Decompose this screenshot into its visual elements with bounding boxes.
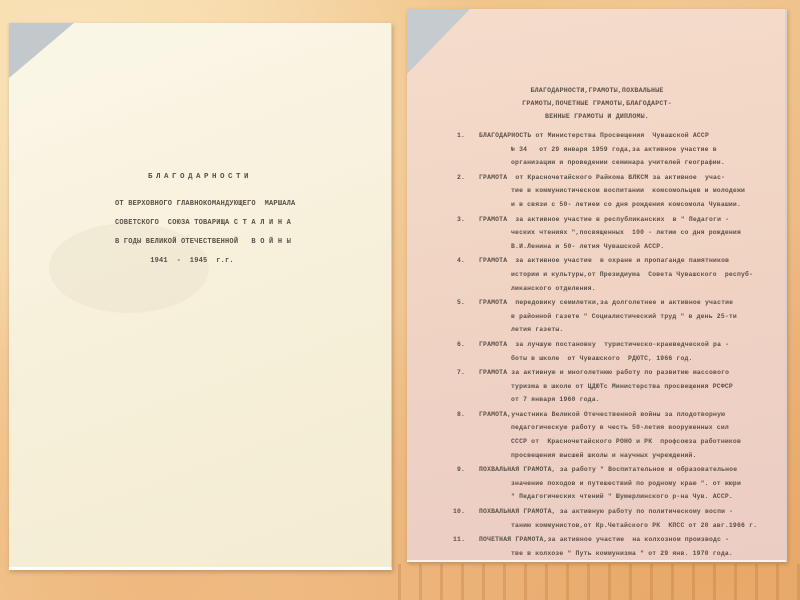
page-corner-fold [9,23,74,78]
award-line: туризма в школе от ЦДЮТс Министерства пр… [479,380,787,394]
award-line: танию коммунистов,от Кр.Четайского РК КП… [479,519,787,533]
award-line: от 7 января 1960 года. [479,393,787,407]
award-item: 6.ГРАМОТА за лучшую постановку туристиче… [457,338,787,365]
left-document-line: ОТ ВЕРХОВНОГО ГЛАВНОКОМАНДУЮЩЕГО МАРШАЛА [115,195,345,214]
left-document-line: СОВЕТСКОГО СОЮЗА ТОВАРИЩА С Т А Л И Н А [115,214,345,233]
award-item: 11.ПОЧЕТНАЯ ГРАМОТА,за активное участие … [457,533,787,560]
award-number: 8. [457,408,465,422]
award-line: ГРАМОТА от Красночетайского Райкома ВЛКС… [479,171,787,185]
left-document-line: 1941 - 1945 г.г. [115,252,345,271]
award-line: боты в школе от Чувашского РДЮТС, 1966 г… [479,352,787,366]
award-item: 8.ГРАМОТА,участника Великой Отечественно… [457,408,787,462]
right-document-heading: БЛАГОДАРНОСТИ,ГРАМОТЫ,ПОХВАЛЬНЫЕГРАМОТЫ,… [487,84,707,123]
award-line: № 34 от 29 января 1959 года,за активное … [479,143,787,157]
award-line: СССР от Красночетайского РОНО и РК профс… [479,435,787,449]
award-line: истории и культуры,от Президиума Совета … [479,268,787,282]
background-ornament [380,564,800,600]
award-line: тие в коммунистическом воспитании комсом… [479,184,787,198]
award-item: 2.ГРАМОТА от Красночетайского Райкома ВЛ… [457,171,787,212]
award-line: организации и проведении семинара учител… [479,156,787,170]
award-line: в районной газете " Социалистический тру… [479,310,787,324]
left-document-title: БЛАГОДАРНОСТИ [9,173,391,181]
page-corner-fold [407,9,470,74]
award-item: 5.ГРАМОТА передовику семилетки,за долгол… [457,296,787,337]
award-line: ГРАМОТА за активное участие в республика… [479,213,787,227]
award-number: 6. [457,338,465,352]
award-number: 4. [457,254,465,268]
award-line: просвещения высшей школы и научных учреж… [479,449,787,463]
heading-line: БЛАГОДАРНОСТИ,ГРАМОТЫ,ПОХВАЛЬНЫЕ [487,84,707,97]
award-line: ПОХВАЛЬНАЯ ГРАМОТА, за активную работу п… [479,505,787,519]
award-number: 11. [453,533,465,547]
left-document-line: В ГОДЫ ВЕЛИКОЙ ОТЕЧЕСТВЕННОЙ В О Й Н Ы [115,233,345,252]
award-number: 1. [457,129,465,143]
award-line: ческих чтениях ",посвященных 100 - летию… [479,226,787,240]
award-line: значение походов и путешествий по родном… [479,477,787,491]
award-item: 7.ГРАМОТА за активную и многолетнюю рабо… [457,366,787,407]
award-item: 10.ПОХВАЛЬНАЯ ГРАМОТА, за активную работ… [457,505,787,532]
awards-list: 1.БЛАГОДАРНОСТЬ от Министерства Просвеще… [457,129,787,561]
award-item: 3.ГРАМОТА за активное участие в республи… [457,213,787,254]
award-number: 3. [457,213,465,227]
award-line: БЛАГОДАРНОСТЬ от Министерства Просвещени… [479,129,787,143]
left-document-lines: ОТ ВЕРХОВНОГО ГЛАВНОКОМАНДУЮЩЕГО МАРШАЛА… [115,195,345,271]
award-number: 2. [457,171,465,185]
award-number: 9. [457,463,465,477]
right-document-page: БЛАГОДАРНОСТИ,ГРАМОТЫ,ПОХВАЛЬНЫЕГРАМОТЫ,… [407,9,787,562]
left-document-page: БЛАГОДАРНОСТИ ОТ ВЕРХОВНОГО ГЛАВНОКОМАНД… [9,23,392,570]
award-number: 10. [453,505,465,519]
heading-line: ВЕННЫЕ ГРАМОТЫ И ДИПЛОМЫ. [487,110,707,123]
award-line: ликанского отделения. [479,282,787,296]
heading-line: ГРАМОТЫ,ПОЧЕТНЫЕ ГРАМОТЫ,БЛАГОДАРСТ- [487,97,707,110]
award-line: В.И.Ленина и 50- летия Чувашской АССР. [479,240,787,254]
award-line: ПОХВАЛЬНАЯ ГРАМОТА, за работу " Воспитат… [479,463,787,477]
award-item: 1.БЛАГОДАРНОСТЬ от Министерства Просвеще… [457,129,787,170]
award-line: тве в колхозе " Путь коммунизма " от 29 … [479,547,787,561]
award-line: ГРАМОТА за лучшую постановку туристическ… [479,338,787,352]
award-line: ПОЧЕТНАЯ ГРАМОТА,за активное участие на … [479,533,787,547]
award-line: ГРАМОТА передовику семилетки,за долголет… [479,296,787,310]
award-item: 4.ГРАМОТА за активное участие в охране и… [457,254,787,295]
award-number: 7. [457,366,465,380]
award-number: 5. [457,296,465,310]
award-line: " Педагогических чтений " Шумерлинского … [479,490,787,504]
award-line: ГРАМОТА за активное участие в охране и п… [479,254,787,268]
award-line: летия газеты. [479,323,787,337]
award-line: ГРАМОТА,участника Великой Отечественной … [479,408,787,422]
award-line: ГРАМОТА за активную и многолетнюю работу… [479,366,787,380]
award-line: и в связи с 50- летием со дня рождения к… [479,198,787,212]
award-line: педагогическую работу в честь 50-летия в… [479,421,787,435]
award-item: 9.ПОХВАЛЬНАЯ ГРАМОТА, за работу " Воспит… [457,463,787,504]
